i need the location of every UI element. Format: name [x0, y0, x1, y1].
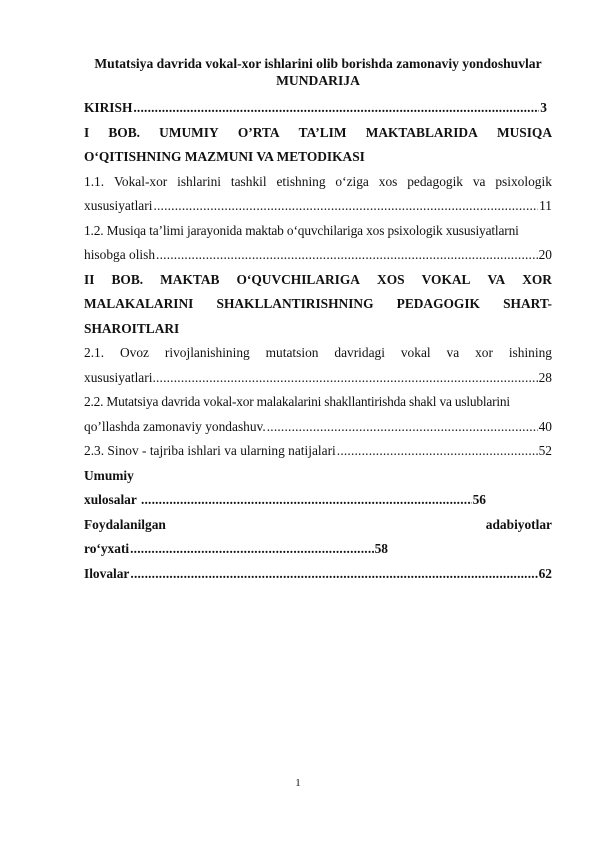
word: UMUMIY — [159, 121, 219, 146]
dot-leader — [130, 537, 373, 562]
toc-page-number: 11 — [539, 194, 552, 219]
toc-page-number: 52 — [539, 439, 552, 464]
toc-section-2-1-line-2[interactable]: xususiyatlari 28 — [84, 366, 552, 391]
word: xor — [475, 341, 493, 366]
toc-appendices[interactable]: Ilovalar 62 — [84, 562, 552, 587]
word: SHART- — [503, 292, 552, 317]
word: VOKAL — [422, 268, 471, 293]
word: psixologik — [495, 170, 552, 195]
toc-section-1-2-line-1[interactable]: 1.2. Musiqa ta’limi jarayonida maktab o‘… — [84, 219, 552, 244]
toc-chapter-1-line-1[interactable]: I BOB. UMUMIY O’RTA TA’LIM MAKTABLARIDA … — [84, 121, 552, 146]
toc-entry-text: KIRISH — [84, 96, 132, 121]
toc-page-number: 40 — [539, 415, 552, 440]
word: ishining — [509, 341, 552, 366]
word: MALAKALARINI — [84, 292, 193, 317]
toc-page-number: 20 — [539, 243, 552, 268]
toc-entry-text: ro‘yxati — [84, 537, 129, 562]
toc-page-number: 62 — [539, 562, 552, 587]
dot-leader — [130, 562, 537, 587]
toc-chapter-2-line-1[interactable]: II BOB. MAKTAB O‘QUVCHILARIGA XOS VOKAL … — [84, 268, 552, 293]
word: BOB. — [108, 121, 140, 146]
word: MAKTAB — [160, 268, 219, 293]
word: TA’LIM — [299, 121, 347, 146]
word: rivojlanishining — [165, 341, 250, 366]
word: O‘QUVCHILARIGA — [236, 268, 360, 293]
word: Ovoz — [120, 341, 149, 366]
dot-leader — [153, 194, 538, 219]
toc-page-number: 56 — [473, 488, 486, 513]
word: pedagogik — [407, 170, 463, 195]
word: 2.1. — [84, 341, 104, 366]
word: mutatsion — [266, 341, 319, 366]
document-title: Mutatsiya davrida vokal-xor ishlarini ol… — [84, 55, 552, 72]
toc-section-2-2-line-1[interactable]: 2.2. Mutatsiya davrida vokal-xor malakal… — [84, 390, 552, 415]
toc-section-2-2-line-2[interactable]: qo’llashda zamonaviy yondashuv. 40 — [84, 415, 552, 440]
word: va — [447, 341, 460, 366]
word: va — [473, 170, 486, 195]
word: I — [84, 121, 89, 146]
word: adabiyotlar — [486, 513, 552, 538]
toc-conclusion-line-1[interactable]: Umumiy — [84, 464, 552, 489]
toc-entry-text: xususiyatlari — [84, 366, 152, 391]
toc-section-1-1-line-2[interactable]: xususiyatlari 11 — [84, 194, 552, 219]
toc-chapter-1-line-2[interactable]: O‘QITISHNING MAZMUNI VA METODIKASI — [84, 145, 552, 170]
word: XOR — [522, 268, 552, 293]
toc-conclusion-line-2[interactable]: xulosalar 56 — [84, 488, 486, 513]
document-page: Mutatsiya davrida vokal-xor ishlarini ol… — [84, 55, 552, 586]
word: o‘ziga — [335, 170, 368, 195]
word: Vokal-xor — [114, 170, 167, 195]
toc-section-1-1-line-1[interactable]: 1.1. Vokal-xor ishlarini tashkil etishni… — [84, 170, 552, 195]
word: SHAKLLANTIRISHNING — [217, 292, 374, 317]
toc-page-number: 3 — [540, 96, 547, 121]
toc-entry-text: qo’llashda zamonaviy yondashuv. — [84, 415, 266, 440]
word: davridagi — [334, 341, 385, 366]
dot-leader — [141, 488, 472, 513]
word: xos — [379, 170, 398, 195]
toc-entry-text: xususiyatlari — [84, 194, 152, 219]
word: MUSIQA — [497, 121, 552, 146]
toc-section-2-1-line-1[interactable]: 2.1. Ovoz rivojlanishining mutatsion dav… — [84, 341, 552, 366]
toc-page-number: 28 — [539, 366, 552, 391]
word: 1.1. — [84, 170, 104, 195]
word: O’RTA — [238, 121, 280, 146]
word: PEDAGOGIK — [397, 292, 480, 317]
toc-references-line-2[interactable]: ro‘yxati 58 — [84, 537, 388, 562]
word: vokal — [401, 341, 431, 366]
page-number: 1 — [0, 777, 596, 789]
dot-leader — [133, 96, 539, 121]
word: BOB. — [111, 268, 143, 293]
dot-leader — [152, 366, 537, 391]
toc-references-line-1[interactable]: Foydalanilgan adabiyotlar — [84, 513, 552, 538]
word: MAKTABLARIDA — [366, 121, 478, 146]
toc-section-1-2-line-2[interactable]: hisobga olish 20 — [84, 243, 552, 268]
toc-entry-text: hisobga olish — [84, 243, 155, 268]
dot-leader — [337, 439, 538, 464]
toc-chapter-2-line-2[interactable]: MALAKALARINI SHAKLLANTIRISHNING PEDAGOGI… — [84, 292, 552, 317]
toc-section-2-3[interactable]: 2.3. Sinov - tajriba ishlari va ularning… — [84, 439, 552, 464]
word: II — [84, 268, 94, 293]
toc-entry-text: 2.3. Sinov - tajriba ishlari va ularning… — [84, 439, 336, 464]
word: tashkil — [231, 170, 267, 195]
toc-page-number: 58 — [375, 537, 388, 562]
word: Foydalanilgan — [84, 513, 166, 538]
word: ishlarini — [177, 170, 221, 195]
toc-heading: MUNDARIJA — [84, 72, 552, 89]
dot-leader — [156, 243, 538, 268]
toc-entry-text: Ilovalar — [84, 562, 129, 587]
toc-entry-text: xulosalar — [84, 488, 140, 513]
dot-leader — [267, 415, 538, 440]
toc-entry-kirish[interactable]: KIRISH 3 — [84, 96, 547, 121]
word: VA — [488, 268, 506, 293]
toc-chapter-2-line-3[interactable]: SHAROITLARI — [84, 317, 552, 342]
word: XOS — [377, 268, 405, 293]
word: etishning — [276, 170, 325, 195]
